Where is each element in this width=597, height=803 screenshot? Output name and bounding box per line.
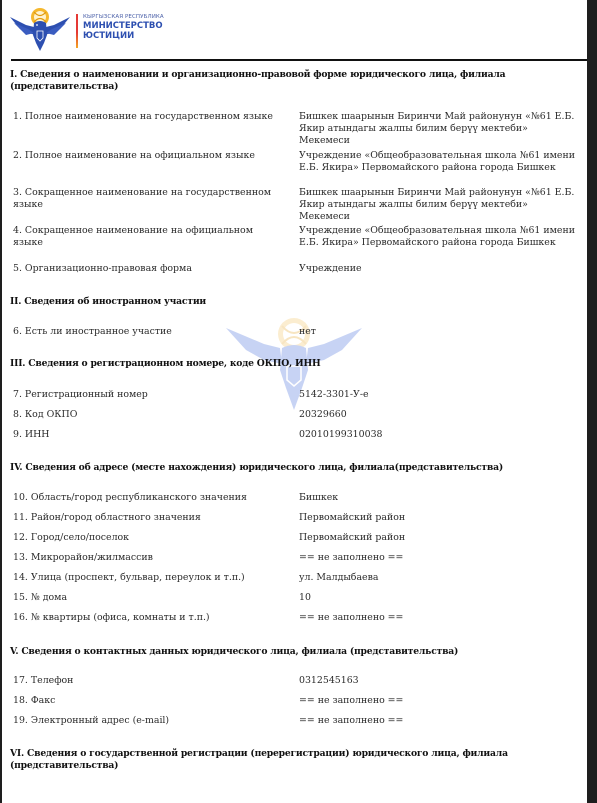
field-label: 12. Город/село/поселок bbox=[13, 532, 285, 544]
document-page: Кыргызская Республика МИНИСТЕРСТВО ЮСТИЦ… bbox=[2, 0, 587, 803]
field-label: 14. Улица (проспект, бульвар, переулок и… bbox=[13, 572, 285, 584]
field-label: 1. Полное наименование на государственно… bbox=[13, 111, 285, 123]
field-label: 19. Электронный адрес (e-mail) bbox=[13, 715, 285, 727]
section-title-1: I. Сведения о наименовании и организацио… bbox=[10, 69, 570, 93]
field-value: Бишкек шаарынын Биринчи Май районунун «№… bbox=[299, 111, 579, 147]
field-value: Бишкек bbox=[299, 492, 579, 504]
section-title-6: VI. Сведения о государственной регистрац… bbox=[10, 748, 570, 772]
field-label: 13. Микрорайон/жилмассив bbox=[13, 552, 285, 564]
field-value: == не заполнено == bbox=[299, 695, 579, 707]
field-value: Учреждение bbox=[299, 263, 579, 275]
field-value: == не заполнено == bbox=[299, 552, 579, 564]
field-label: 3. Сокращенное наименование на государст… bbox=[13, 187, 285, 211]
section-title-3: III. Сведения о регистрационном номере, … bbox=[10, 358, 570, 370]
field-value: == не заполнено == bbox=[299, 715, 579, 727]
logo-title-line2: ЮСТИЦИИ bbox=[83, 31, 164, 41]
field-label: 6. Есть ли иностранное участие bbox=[13, 326, 285, 338]
field-value: 20329660 bbox=[299, 409, 579, 421]
field-label: 16. № квартиры (офиса, комнаты и т.п.) bbox=[13, 612, 285, 624]
field-label: 15. № дома bbox=[13, 592, 285, 604]
field-label: 4. Сокращенное наименование на официальн… bbox=[13, 225, 285, 249]
field-value: 0312545163 bbox=[299, 675, 579, 687]
field-label: 10. Область/город республиканского значе… bbox=[13, 492, 285, 504]
field-value: Первомайский район bbox=[299, 532, 579, 544]
field-label: 8. Код ОКПО bbox=[13, 409, 285, 421]
logo-text: Кыргызская Республика МИНИСТЕРСТВО ЮСТИЦ… bbox=[83, 14, 164, 41]
field-label: 5. Организационно-правовая форма bbox=[13, 263, 285, 275]
section-title-5: V. Сведения о контактных данных юридичес… bbox=[10, 646, 570, 658]
logo-subtitle: Кыргызская Республика bbox=[83, 14, 164, 21]
field-label: 7. Регистрационный номер bbox=[13, 389, 285, 401]
section-title-2: II. Сведения об иностранном участии bbox=[10, 296, 570, 308]
field-label: 18. Факс bbox=[13, 695, 285, 707]
field-value: Учреждение «Общеобразовательная школа №6… bbox=[299, 225, 579, 249]
field-label: 11. Район/город областного значения bbox=[13, 512, 285, 524]
field-value: нет bbox=[299, 326, 579, 338]
field-value: 10 bbox=[299, 592, 579, 604]
field-value: 02010199310038 bbox=[299, 429, 579, 441]
document-header: Кыргызская Республика МИНИСТЕРСТВО ЮСТИЦ… bbox=[2, 0, 587, 58]
field-value: Первомайский район bbox=[299, 512, 579, 524]
field-label: 17. Телефон bbox=[13, 675, 285, 687]
field-value: Учреждение «Общеобразовательная школа №6… bbox=[299, 150, 579, 174]
field-value: 5142-3301-У-е bbox=[299, 389, 579, 401]
field-value: Бишкек шаарынын Биринчи Май районунун «№… bbox=[299, 187, 579, 223]
ministry-eagle-emblem-icon bbox=[6, 5, 74, 55]
field-label: 9. ИНН bbox=[13, 429, 285, 441]
field-value: ул. Малдыбаева bbox=[299, 572, 579, 584]
section-title-4: IV. Сведения об адресе (месте нахождения… bbox=[10, 462, 570, 474]
field-value: == не заполнено == bbox=[299, 612, 579, 624]
logo-title-line1: МИНИСТЕРСТВО bbox=[83, 21, 164, 31]
header-divider bbox=[11, 59, 587, 61]
field-label: 2. Полное наименование на официальном яз… bbox=[13, 150, 285, 162]
logo-divider bbox=[76, 14, 78, 48]
